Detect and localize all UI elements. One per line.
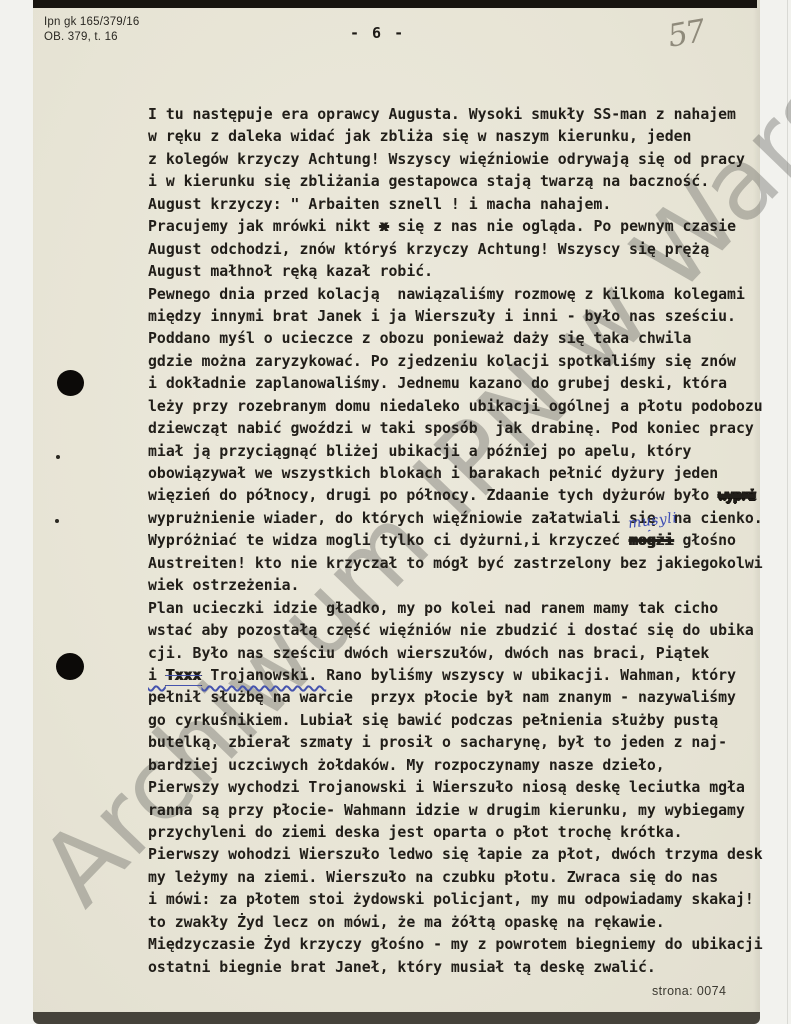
text-line: Pierwszy wychodzi Trojanowski i Wierszuł… [148, 777, 768, 799]
scan-right-edge [787, 0, 788, 1024]
handwritten-page-number: 57 [665, 13, 706, 55]
text-line: dziewcząt nabić gwoździ w taki sposób ja… [148, 418, 768, 440]
text-line: to zwakły Żyd lecz on mówi, że ma żółtą … [148, 912, 768, 934]
text-line: I tu następuje era oprawcy Augusta. Wyso… [148, 104, 768, 126]
text-line: przychyleni do ziemi deska jest oparta o… [148, 822, 768, 844]
text-line: Pracujemy jak mrówki nikt x się z nas ni… [148, 216, 768, 238]
archive-reference-line2: OB. 379, t. 16 [44, 30, 139, 45]
ink-speck [55, 519, 59, 523]
text-line: wstać aby pozostałą część więźniów nie z… [148, 620, 768, 642]
text-line: i mówi: za płotem stoi żydowski policjan… [148, 889, 768, 911]
text-line: August małhnoł ręką kazał robić. [148, 261, 768, 283]
page-number: - 6 - [350, 24, 405, 42]
text-line: Poddano myśl o ucieczce z obozu ponieważ… [148, 328, 768, 350]
text-line: pełnił służbę na warcie przyx płocie był… [148, 687, 768, 709]
hole-punch-top [57, 370, 84, 396]
text-line: leży przy rozebranym domu niedaleko ubik… [148, 396, 768, 418]
text-line: bardziej uczciwych żołdaków. My rozpoczy… [148, 755, 768, 777]
text-line: Wypróżniać te widza mogli tylko ci dyżur… [148, 530, 768, 552]
text-line: miał ją przyciągnąć bliżej ubikacji a pó… [148, 441, 768, 463]
text-line: i w kierunku się zbliżania gestapowca st… [148, 171, 768, 193]
text-line: ranna są przy płocie- Wahmann idzie w dr… [148, 800, 768, 822]
text-line: Plan ucieczki idzie gładko, my po kolei … [148, 598, 768, 620]
text-line: z kolegów krzyczy Achtung! Wszyscy więźn… [148, 149, 768, 171]
text-line: gdzie można zaryzykować. Po zjedzeniu ko… [148, 351, 768, 373]
text-line: i Txxx Trojanowski. Rano byliśmy wszyscy… [148, 665, 768, 687]
archive-reference-line1: Ipn gk 165/379/16 [44, 15, 139, 30]
text-line: i dokładnie zaplanowaliśmy. Jednemu kaza… [148, 373, 768, 395]
text-line: my leżymy na ziemi. Wierszuło na czubku … [148, 867, 768, 889]
text-line: ostatni biegnie brat Janeł, który musiał… [148, 957, 768, 979]
ink-speck [56, 455, 60, 459]
archive-reference: Ipn gk 165/379/16 OB. 379, t. 16 [44, 15, 139, 44]
scan-top-edge [33, 0, 757, 8]
typewritten-text: I tu następuje era oprawcy Augusta. Wyso… [148, 104, 768, 979]
hole-punch-bottom [56, 653, 84, 680]
text-line: butelką, zbierał szmaty i prosił o sacha… [148, 732, 768, 754]
text-line: między innymi brat Janek i ja Wierszuły … [148, 306, 768, 328]
text-line: obowiązywał we wszystkich blokach i bara… [148, 463, 768, 485]
text-line: Pewnego dnia przed kolacją nawiązaliśmy … [148, 284, 768, 306]
text-line: Międzyczasie Żyd krzyczy głośno - my z p… [148, 934, 768, 956]
text-line: więzień do północy, drugi po północy. Zd… [148, 485, 768, 507]
text-line: wiek ostrzeżenia. [148, 575, 768, 597]
text-line: Austreiten! kto nie krzyczał to mógł być… [148, 553, 768, 575]
scan-bottom-edge [33, 1012, 760, 1024]
footer-page-label: strona: 0074 [652, 984, 726, 998]
text-line: w ręku z daleka widać jak zbliża się w n… [148, 126, 768, 148]
text-line: Pierwszy wohodzi Wierszuło ledwo się łap… [148, 844, 768, 866]
text-line: cji. Było nas sześciu dwóch wierszułów, … [148, 643, 768, 665]
text-line: August odchodzi, znów któryś krzyczy Ach… [148, 239, 768, 261]
scanned-document-page: Archiwum IPN w Warszawie Ipn gk 165/379/… [0, 0, 791, 1024]
text-line: go cyrkuśnikiem. Lubiał się bawić podcza… [148, 710, 768, 732]
text-line: August krzyczy: " Arbaiten sznell ! i ma… [148, 194, 768, 216]
